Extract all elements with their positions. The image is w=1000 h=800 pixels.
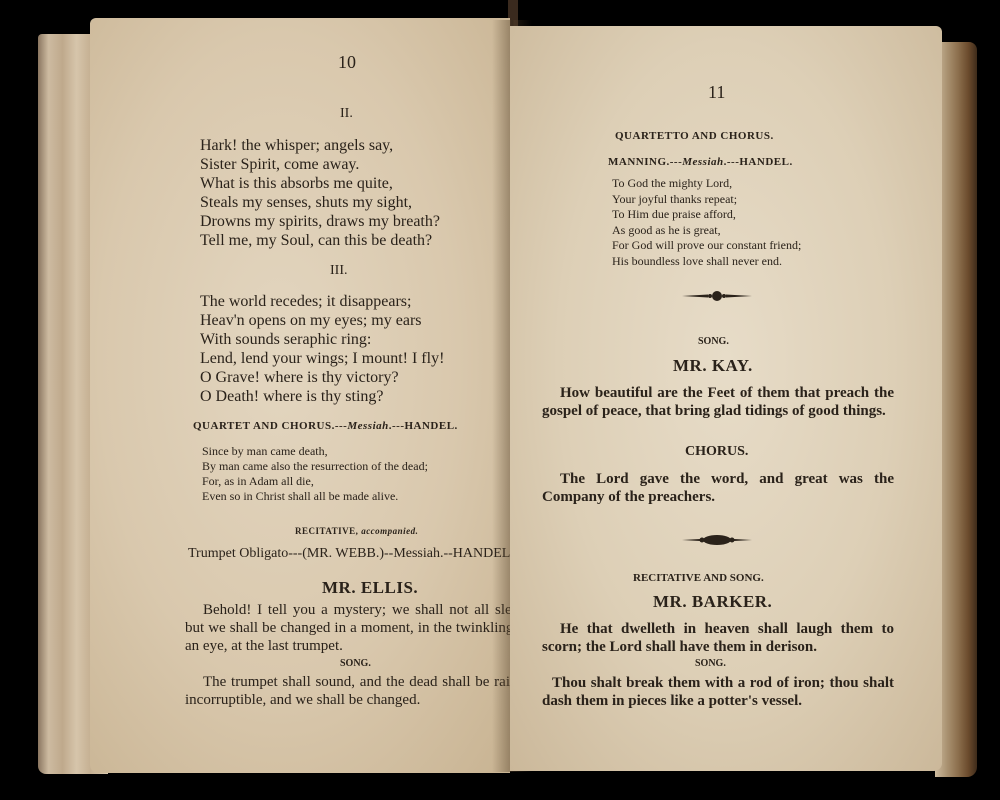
heading-text: QUARTET AND CHORUS.--- bbox=[193, 420, 347, 432]
page-number: 10 bbox=[338, 52, 356, 73]
stanza-numeral: III. bbox=[330, 263, 348, 279]
verse-line: O Death! where is thy sting? bbox=[200, 387, 444, 406]
song-text: The trumpet shall sound, and the dead sh… bbox=[185, 673, 530, 709]
song-text: How beautiful are the Feet of them that … bbox=[542, 384, 894, 420]
verse-line: As good as he is great, bbox=[612, 223, 801, 239]
singer-name: MR. ELLIS. bbox=[322, 578, 418, 598]
song-label: SONG. bbox=[698, 336, 729, 347]
stanza-iii: The world recedes; it disappears; Heav'n… bbox=[200, 292, 444, 406]
singer-name: MR. KAY. bbox=[673, 356, 753, 376]
verse-line: Heav'n opens on my eyes; my ears bbox=[200, 311, 444, 330]
verse-line: Steals my senses, shuts my sight, bbox=[200, 193, 440, 212]
label-italic: accompanied. bbox=[361, 526, 418, 536]
verse-line: Sister Spirit, come away. bbox=[200, 155, 440, 174]
verse-line: Your joyful thanks repeat; bbox=[612, 192, 801, 208]
singer-name: MR. BARKER. bbox=[653, 592, 772, 612]
page-number: 11 bbox=[708, 82, 725, 103]
heading-text: MANNING.--- bbox=[608, 156, 682, 168]
heading-text: .---HANDEL. bbox=[389, 420, 458, 432]
verse-line: For God will prove our constant friend; bbox=[612, 238, 801, 254]
left-page: 10 II. Hark! the whisper; angels say, Si… bbox=[90, 18, 510, 773]
verse-line: For, as in Adam all die, bbox=[202, 474, 428, 489]
verse-line: What is this absorbs me quite, bbox=[200, 174, 440, 193]
heading-text: .---HANDEL. bbox=[724, 156, 793, 168]
verse-line: By man came also the resurrection of the… bbox=[202, 459, 428, 474]
song-label: SONG. bbox=[340, 658, 371, 669]
recitative-label: RECITATIVE, accompanied. bbox=[295, 526, 418, 536]
chorus-label: CHORUS. bbox=[685, 444, 748, 460]
verse-line: To God the mighty Lord, bbox=[612, 176, 801, 192]
section-heading: QUARTET AND CHORUS.---Messiah.---HANDEL. bbox=[193, 420, 458, 432]
stanza-ii: Hark! the whisper; angels say, Sister Sp… bbox=[200, 136, 440, 250]
verse-line: Lend, lend your wings; I mount! I fly! bbox=[200, 349, 444, 368]
section-heading: RECITATIVE AND SONG. bbox=[633, 572, 764, 584]
chorus-text: The Lord gave the word, and great was th… bbox=[542, 470, 894, 506]
verse-line: Drowns my spirits, draws my breath? bbox=[200, 212, 440, 231]
recitative-text: Behold! I tell you a mystery; we shall n… bbox=[185, 601, 530, 655]
recitative-text: He that dwelleth in heaven shall laugh t… bbox=[542, 620, 894, 656]
verse-line: The world recedes; it disappears; bbox=[200, 292, 444, 311]
stanza-numeral: II. bbox=[340, 106, 353, 122]
verse-line: To Him due praise afford, bbox=[612, 207, 801, 223]
verse-line: With sounds seraphic ring: bbox=[200, 330, 444, 349]
verse-line: Hark! the whisper; angels say, bbox=[200, 136, 440, 155]
open-book: 10 II. Hark! the whisper; angels say, Si… bbox=[30, 14, 980, 784]
verse-line: Tell me, my Soul, can this be death? bbox=[200, 231, 440, 250]
verse-line: Since by man came death, bbox=[202, 444, 428, 459]
quartetto-verse: To God the mighty Lord, Your joyful than… bbox=[612, 176, 801, 269]
verse-line: His boundless love shall never end. bbox=[612, 254, 801, 270]
quartet-verse: Since by man came death, By man came als… bbox=[202, 444, 428, 504]
heading-italic: Messiah bbox=[347, 420, 388, 432]
ornament-rule-icon bbox=[680, 534, 754, 546]
verse-line: Even so in Christ shall all be made aliv… bbox=[202, 489, 428, 504]
ornament-rule-icon bbox=[680, 290, 754, 302]
trumpet-credit: Trumpet Obligato---(MR. WEBB.)--Messiah.… bbox=[188, 546, 514, 562]
section-subheading: MANNING.---Messiah.---HANDEL. bbox=[608, 156, 793, 168]
song-text: Thou shalt break them with a rod of iron… bbox=[542, 674, 894, 710]
verse-line: O Grave! where is thy victory? bbox=[200, 368, 444, 387]
label-text: RECITATIVE, bbox=[295, 526, 361, 536]
heading-italic: Messiah bbox=[682, 156, 723, 168]
song-label: SONG. bbox=[695, 658, 726, 669]
right-page: 11 QUARTETTO AND CHORUS. MANNING.---Mess… bbox=[510, 26, 942, 771]
section-heading: QUARTETTO AND CHORUS. bbox=[615, 130, 774, 142]
